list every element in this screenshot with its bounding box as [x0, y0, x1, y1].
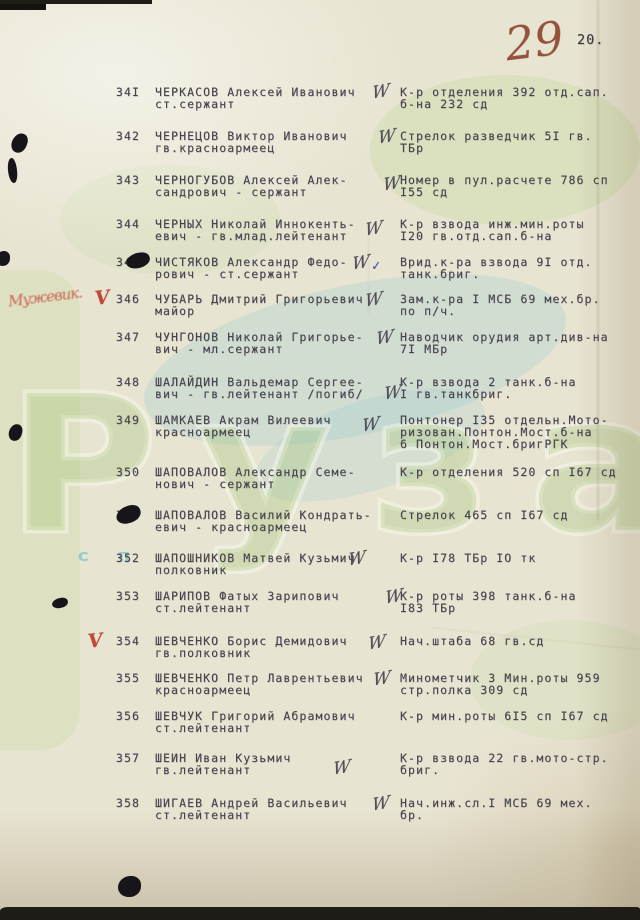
red-checkmark: V — [87, 633, 104, 650]
pencil-w-mark: W — [348, 550, 367, 568]
position-line: по п/ч. — [400, 306, 640, 318]
entry-position: К-р I78 ТБр IО тк — [385, 553, 640, 577]
entry-number: 352 — [0, 553, 140, 577]
position-line: I83 ТБр — [400, 603, 640, 615]
position-line: Нач.инж.сл.I МСБ 69 мех. — [400, 798, 640, 810]
entry-number: 343 — [0, 175, 140, 199]
entry-name-rank: ЧЕРНЕЦОВ Виктор Ивановичгв.красноармеец — [140, 131, 385, 155]
list-entry: 355 ШЕВЧЕНКО Петр Лаврентьевичкрасноарме… — [0, 673, 640, 697]
position-line: стр.полка 309 сд — [400, 685, 640, 697]
blue-checkmark: ✓ — [372, 260, 382, 274]
entry-position: К-р отделения 520 сп I67 сд — [385, 467, 640, 491]
entry-name-rank: ЧИСТЯКОВ Александр Федо-рович - ст.сержа… — [140, 257, 385, 281]
name-line: красноармеец — [155, 685, 385, 697]
scanned-document-page: Руза с п 29 20. Мужевик. 34I ЧЕРКАСОВ Ал… — [0, 0, 640, 920]
pencil-w-mark: W — [372, 83, 391, 101]
entry-position: К-р взвода 22 гв.мото-стр.бриг. — [385, 753, 640, 777]
entry-position: Зам.к-ра I МСБ 69 мех.бр.по п/ч. — [385, 294, 640, 318]
entry-name-rank: ЧЕРНЫХ Николай Иннокенть-евич - гв.млад.… — [140, 219, 385, 243]
entry-position: Стрелок разведчик 5I гв.ТБр — [385, 131, 640, 155]
entry-position: К-р роты 398 танк.б-наI83 ТБр — [385, 591, 640, 615]
entry-number: 344 — [0, 219, 140, 243]
list-entry: 346 ЧУБАРЬ Дмитрий Григорьевичмайор Зам.… — [0, 294, 640, 318]
list-entry: 342 ЧЕРНЕЦОВ Виктор Ивановичгв.красноарм… — [0, 131, 640, 155]
position-line: К-р мин.роты 6I5 сп I67 сд — [400, 711, 640, 723]
list-entry: 34I ЧЕРКАСОВ Алексей Ивановичст.сержант … — [0, 87, 640, 111]
paper-hole — [118, 876, 141, 897]
position-line: бр. — [400, 810, 640, 822]
entry-name-rank: ЧУНГОНОВ Николай Григорье-вич - мл.сержа… — [140, 332, 385, 356]
entry-number: 353 — [0, 591, 140, 615]
position-line: I гв.танкбриг. — [400, 389, 640, 401]
name-line: майор — [155, 306, 385, 318]
entry-position: К-р отделения 392 отд.сап.б-на 232 сд — [385, 87, 640, 111]
name-line: ст.лейтенант — [155, 603, 385, 615]
pencil-w-mark: W — [373, 670, 392, 688]
position-line: 7I МБр — [400, 344, 640, 356]
list-entry: 349 ШАМКАЕВ Акрам Вилеевичкрасноармеец П… — [0, 415, 640, 451]
scan-edge-bottom — [0, 907, 640, 920]
entry-name-rank: ШАПОВАЛОВ Василий Кондрать-евич - красно… — [140, 510, 385, 534]
list-entry: 352 ШАПОШНИКОВ Матвей Кузьмичполковник К… — [0, 553, 640, 577]
entry-number: 348 — [0, 377, 140, 401]
entry-position: Номер в пул.расчете 786 спI55 сд — [385, 175, 640, 199]
pencil-w-mark: W — [384, 384, 403, 402]
name-line: нович - сержант — [155, 479, 385, 491]
entry-number: 354 — [0, 636, 140, 660]
position-line: ТБр — [400, 143, 640, 155]
entry-position: К-р взвода инж.мин.ротыI20 гв.отд.сап.б-… — [385, 219, 640, 243]
pencil-w-mark: W — [368, 634, 387, 652]
list-entry: 348 ШАЛАЙДИН Вальдемар Сергее-вич - гв.л… — [0, 377, 640, 401]
list-entry: 345 ЧИСТЯКОВ Александр Федо-рович - ст.с… — [0, 257, 640, 281]
entry-name-rank: ШЕВЧЕНКО Борис Демидовичгв.полковник — [140, 636, 385, 660]
list-entry: 356 ШЕВЧУК Григорий Абрамовичст.лейтенан… — [0, 711, 640, 735]
entry-name-rank: ШИГАЕВ Андрей Васильевичст.лейтенант — [140, 798, 385, 822]
position-line: К-р I78 ТБр IО тк — [400, 553, 640, 565]
entry-name-rank: ШАПОВАЛОВ Александр Семе-нович - сержант — [140, 467, 385, 491]
position-line: К-р отделения 520 сп I67 сд — [400, 467, 640, 479]
pencil-w-mark: W — [385, 588, 404, 606]
list-entry: 350 ШАПОВАЛОВ Александр Семе-нович - сер… — [0, 467, 640, 491]
list-entry: 344 ЧЕРНЫХ Николай Иннокенть-евич - гв.м… — [0, 219, 640, 243]
scan-edge-top — [0, 0, 152, 4]
position-line: 6 Понтон.Мост.бригРГК — [400, 439, 640, 451]
entry-position: Нач.штаба 68 гв.сд — [385, 636, 640, 660]
entry-number: 357 — [0, 753, 140, 777]
entry-name-rank: ШАЛАЙДИН Вальдемар Сергее-вич - гв.лейте… — [140, 377, 385, 401]
list-entry: 353 ШАРИПОВ Фатых Зариповичст.лейтенант … — [0, 591, 640, 615]
typed-page-number: 20. — [577, 32, 604, 48]
personnel-list: 34I ЧЕРКАСОВ Алексей Ивановичст.сержант … — [0, 87, 640, 822]
name-line: вич - мл.сержант — [155, 344, 385, 356]
entry-position: Наводчик орудия арт.див-на7I МБр — [385, 332, 640, 356]
entry-position: Минометчик 3 Мин.роты 959стр.полка 309 с… — [385, 673, 640, 697]
list-entry: 358 ШИГАЕВ Андрей Васильевичст.лейтенант… — [0, 798, 640, 822]
entry-position: Понтонер I35 отдельн.Мото-ризован.Понтон… — [385, 415, 640, 451]
pencil-w-mark: W — [362, 416, 381, 434]
entry-position: К-р взвода 2 танк.б-наI гв.танкбриг. — [385, 377, 640, 401]
pencil-w-mark: W — [383, 175, 402, 193]
red-checkmark: V — [94, 290, 111, 307]
entry-number: 356 — [0, 711, 140, 735]
pencil-w-mark: W — [365, 291, 384, 309]
position-line: I20 гв.отд.сап.б-на — [400, 231, 640, 243]
position-line: бриг. — [400, 765, 640, 777]
position-line: б-на 232 сд — [400, 99, 640, 111]
position-line: Стрелок 465 сп I67 сд — [400, 510, 640, 522]
name-line: ст.сержант — [155, 99, 385, 111]
entry-number: 34I — [0, 87, 140, 111]
name-line: сандрович - сержант — [155, 187, 385, 199]
pencil-w-mark: W — [378, 128, 397, 146]
name-line: ст.лейтенант — [155, 723, 385, 735]
position-line: танк.бриг. — [400, 269, 640, 281]
entry-name-rank: ЧЕРКАСОВ Алексей Ивановичст.сержант — [140, 87, 385, 111]
list-entry: 354 ШЕВЧЕНКО Борис Демидовичгв.полковник… — [0, 636, 640, 660]
list-entry: 35I ШАПОВАЛОВ Василий Кондрать-евич - кр… — [0, 510, 640, 534]
position-line: Нач.штаба 68 гв.сд — [400, 636, 640, 648]
pencil-w-mark: W — [372, 795, 391, 813]
entry-number: 347 — [0, 332, 140, 356]
entry-name-rank: ШАРИПОВ Фатых Зариповичст.лейтенант — [140, 591, 385, 615]
pencil-w-mark: W — [333, 759, 352, 777]
position-line: Стрелок разведчик 5I гв. — [400, 131, 640, 143]
entry-number: 358 — [0, 798, 140, 822]
name-line: евич - гв.млад.лейтенант — [155, 231, 385, 243]
pencil-w-mark: W — [352, 254, 371, 272]
list-entry: 357 ШЕИН Иван Кузьмичгв.лейтенант К-р вз… — [0, 753, 640, 777]
name-line: гв.полковник — [155, 648, 385, 660]
entry-position: К-р мин.роты 6I5 сп I67 сд — [385, 711, 640, 735]
entry-name-rank: ШЕВЧУК Григорий Абрамовичст.лейтенант — [140, 711, 385, 735]
entry-name-rank: ШАМКАЕВ Акрам Вилеевичкрасноармеец — [140, 415, 385, 451]
name-line: ст.лейтенант — [155, 810, 385, 822]
entry-name-rank: ЧУБАРЬ Дмитрий Григорьевичмайор — [140, 294, 385, 318]
name-line: гв.красноармеец — [155, 143, 385, 155]
entry-number: 345 — [0, 257, 140, 281]
entry-name-rank: ЧЕРНОГУБОВ Алексей Алек-сандрович - серж… — [140, 175, 385, 199]
name-line: евич - красноармеец — [155, 522, 385, 534]
name-line: красноармеец — [155, 427, 385, 439]
name-line: вич - гв.лейтенант /погиб/ — [155, 389, 385, 401]
entry-number: 350 — [0, 467, 140, 491]
entry-position: Нач.инж.сл.I МСБ 69 мех.бр. — [385, 798, 640, 822]
pencil-w-mark: W — [376, 329, 395, 347]
handwritten-page-number: 29 — [502, 11, 567, 72]
entry-number: 346 — [0, 294, 140, 318]
entry-position: Стрелок 465 сп I67 сд — [385, 510, 640, 534]
entry-position: Врид.к-ра взвода 9I отд.танк.бриг. — [385, 257, 640, 281]
entry-name-rank: ШЕВЧЕНКО Петр Лаврентьевичкрасноармеец — [140, 673, 385, 697]
entry-number: 355 — [0, 673, 140, 697]
list-entry: 343 ЧЕРНОГУБОВ Алексей Алек-сандрович - … — [0, 175, 640, 199]
pencil-w-mark: W — [365, 220, 384, 238]
list-entry: 347 ЧУНГОНОВ Николай Григорье-вич - мл.с… — [0, 332, 640, 356]
position-line: I55 сд — [400, 187, 640, 199]
